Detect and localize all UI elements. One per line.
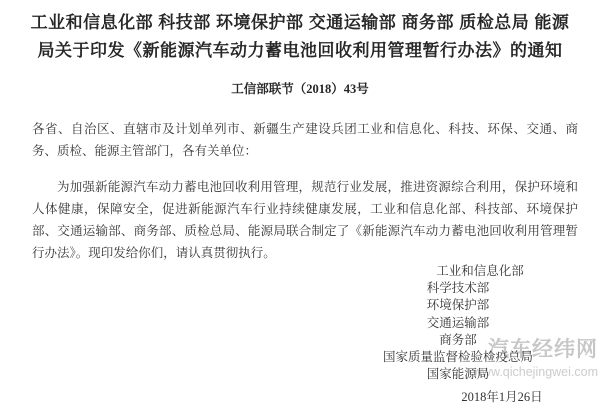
- document-page: 工业和信息化部 科技部 环境保护部 交通运输部 商务部 质检总局 能源局关于印发…: [0, 0, 600, 406]
- signatory: 工业和信息化部: [436, 263, 524, 280]
- issue-date: 2018年1月26日: [461, 389, 542, 406]
- signatory: 科学技术部: [427, 280, 490, 297]
- signatory: 国家能源局: [427, 366, 490, 383]
- signatory-list: 工业和信息化部科学技术部环境保护部交通运输部商务部国家质量监督检验检疫总局国家能…: [363, 263, 553, 383]
- signatory: 交通运输部: [427, 315, 490, 332]
- signatory: 国家质量监督检验检疫总局: [383, 349, 533, 366]
- page-title: 工业和信息化部 科技部 环境保护部 交通运输部 商务部 质检总局 能源局关于印发…: [0, 0, 600, 65]
- document-number: 工信部联节（2018）43号: [0, 81, 600, 97]
- signatory: 商务部: [439, 332, 477, 349]
- salutation-paragraph: 各省、自治区、直辖市及计划单列市、新疆生产建设兵团工业和信息化、科技、环保、交通…: [32, 118, 578, 162]
- signatory: 环境保护部: [427, 297, 490, 314]
- signature-block: 工业和信息化部科学技术部环境保护部交通运输部商务部国家质量监督检验检疫总局国家能…: [363, 263, 553, 406]
- body-paragraph: 为加强新能源汽车动力蓄电池回收利用管理，规范行业发展，推进资源综合利用，保护环境…: [32, 176, 578, 264]
